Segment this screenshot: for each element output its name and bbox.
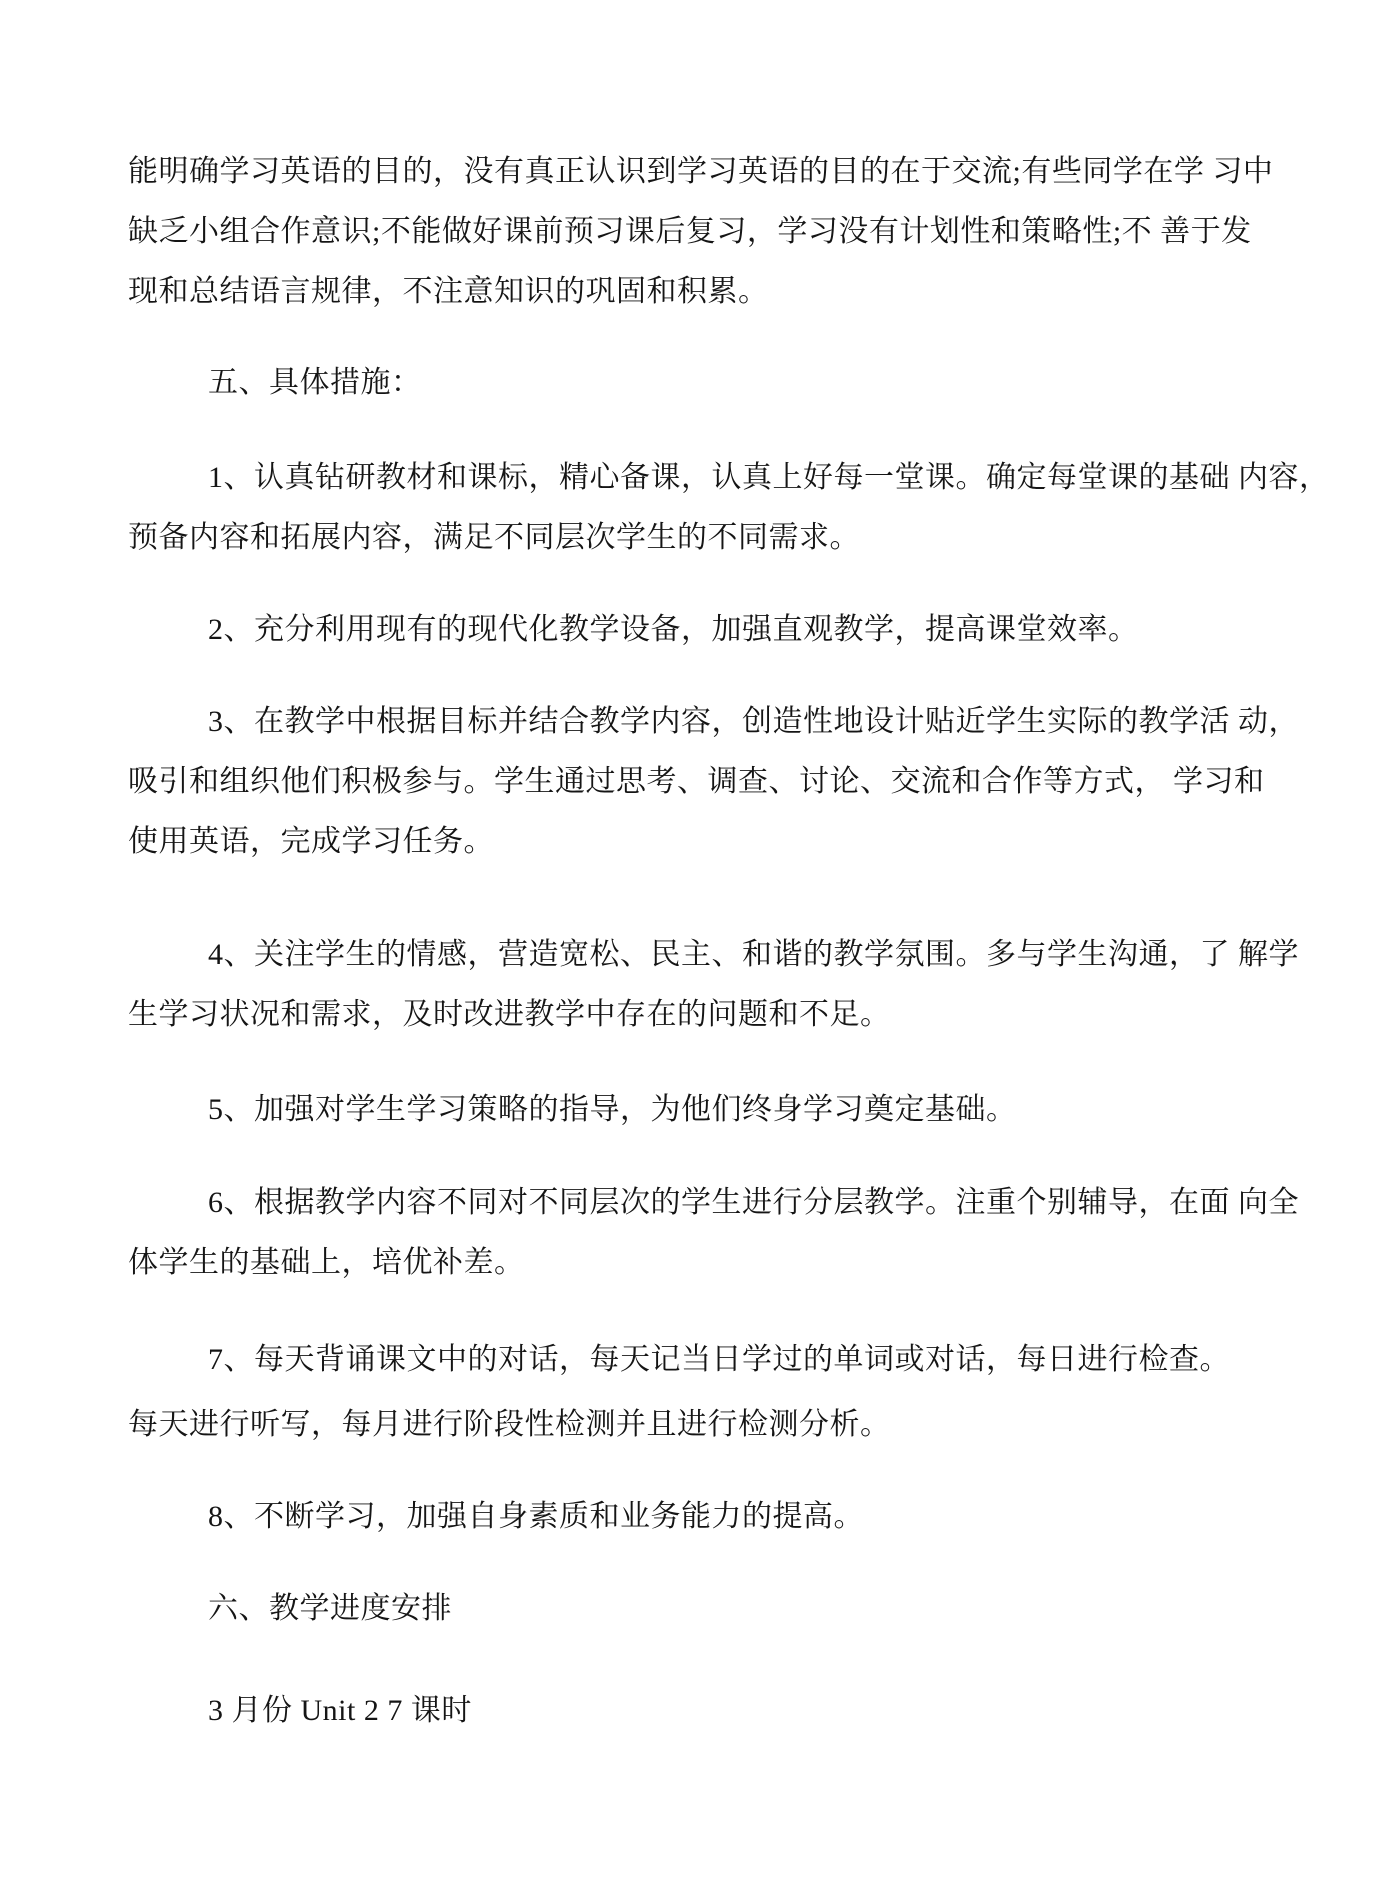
- list-item-6-line-2: 体学生的基础上，培优补差。: [128, 1233, 1266, 1293]
- list-item-2: 2、充分利用现有的现代化教学设备，加强直观教学，提高课堂效率。: [128, 600, 1266, 660]
- document-page: 能明确学习英语的目的，没有真正认识到学习英语的目的在于交流;有些同学在学 习中 …: [0, 0, 1381, 1898]
- list-item-6-line-1: 6、根据教学内容不同对不同层次的学生进行分层教学。注重个别辅导，在面 向全: [128, 1173, 1266, 1233]
- para-students-line-2: 缺乏小组合作意识;不能做好课前预习课后复习，学习没有计划性和策略性;不 善于发: [128, 202, 1266, 262]
- schedule-entry-march: 3 月份 Unit 2 7 课时: [128, 1681, 1266, 1741]
- list-item-7-line-1: 7、每天背诵课文中的对话，每天记当日学过的单词或对话，每日进行检查。: [128, 1330, 1266, 1390]
- list-item-1-line-2: 预备内容和拓展内容，满足不同层次学生的不同需求。: [128, 508, 1266, 568]
- list-item-3-line-3: 使用英语，完成学习任务。: [128, 812, 1266, 872]
- para-students-line-1: 能明确学习英语的目的，没有真正认识到学习英语的目的在于交流;有些同学在学 习中: [128, 142, 1266, 202]
- para-students-line-3: 现和总结语言规律，不注意知识的巩固和积累。: [128, 262, 1266, 322]
- list-item-3-line-1: 3、在教学中根据目标并结合教学内容，创造性地设计贴近学生实际的教学活 动，: [128, 692, 1266, 752]
- list-item-8: 8、不断学习，加强自身素质和业务能力的提高。: [128, 1487, 1266, 1547]
- list-item-7-line-2: 每天进行听写，每月进行阶段性检测并且进行检测分析。: [128, 1395, 1266, 1455]
- heading-section-5: 五、具体措施：: [128, 353, 1266, 413]
- list-item-1-line-1: 1、认真钻研教材和课标，精心备课，认真上好每一堂课。确定每堂课的基础 内容，: [128, 448, 1266, 508]
- list-item-4-line-2: 生学习状况和需求，及时改进教学中存在的问题和不足。: [128, 985, 1266, 1045]
- heading-section-6: 六、教学进度安排: [128, 1579, 1266, 1639]
- list-item-3-line-2: 吸引和组织他们积极参与。学生通过思考、调查、讨论、交流和合作等方式， 学习和: [128, 752, 1266, 812]
- list-item-4-line-1: 4、关注学生的情感，营造宽松、民主、和谐的教学氛围。多与学生沟通，了 解学: [128, 925, 1266, 985]
- list-item-5: 5、加强对学生学习策略的指导，为他们终身学习奠定基础。: [128, 1080, 1266, 1140]
